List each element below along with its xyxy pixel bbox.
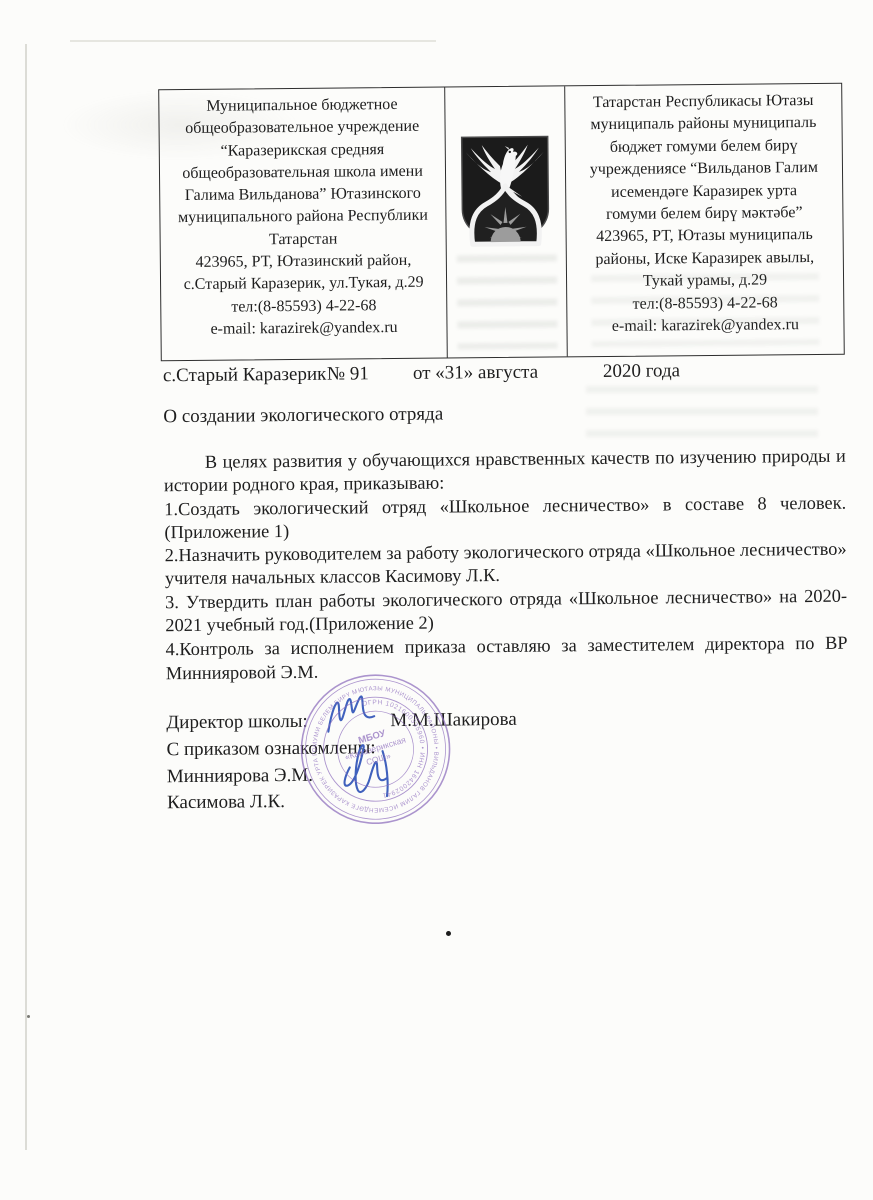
org-name-russian: Муниципальное бюджетное общеобразователь… xyxy=(159,88,448,361)
order-intro: В целях развития у обучающихся нравствен… xyxy=(164,445,846,498)
order-item-2: 2.Назначить руководителем за работу экол… xyxy=(165,538,847,591)
order-item-4: 4.Контроль за исполнением приказа оставл… xyxy=(165,632,847,685)
scanned-order-document: Муниципальное бюджетное общеобразователь… xyxy=(0,0,873,1200)
order-meta-line: с.Старый Каразерик № 91 от «31» августа … xyxy=(161,359,845,394)
order-place: с.Старый Каразерик xyxy=(163,364,327,388)
letterhead-emblem-cell xyxy=(445,86,567,357)
signature-block: Директор школы: М.М.Шакирова С приказом … xyxy=(166,706,587,817)
bleed-through-artifact xyxy=(457,254,558,349)
acknowledged-label: С приказом ознакомлены: xyxy=(166,733,586,764)
order-body: В целях развития у обучающихся нравствен… xyxy=(164,445,848,686)
order-item-3: 3. Утвердить план работы экологического … xyxy=(165,584,847,637)
order-subject: О создании экологического отряда xyxy=(163,404,443,429)
director-name: М.М.Шакирова xyxy=(390,707,517,735)
order-number: № 91 xyxy=(327,363,369,385)
letterhead-table: Муниципальное бюджетное общеобразователь… xyxy=(158,83,845,362)
order-item-1: 1.Создать экологический отряд «Школьное … xyxy=(164,491,846,544)
order-date: от «31» августа xyxy=(413,362,538,385)
coat-of-arms-icon xyxy=(459,135,552,248)
org-name-tatar: Татарстан Республикасы Ютазы муниципаль … xyxy=(565,84,844,357)
order-year: 2020 года xyxy=(603,360,680,383)
acknowledged-name-1: Минниярова Э.М. xyxy=(167,760,587,791)
acknowledged-name-2: Касимова Л.К. xyxy=(167,787,587,818)
director-label: Директор школы: xyxy=(166,711,308,733)
